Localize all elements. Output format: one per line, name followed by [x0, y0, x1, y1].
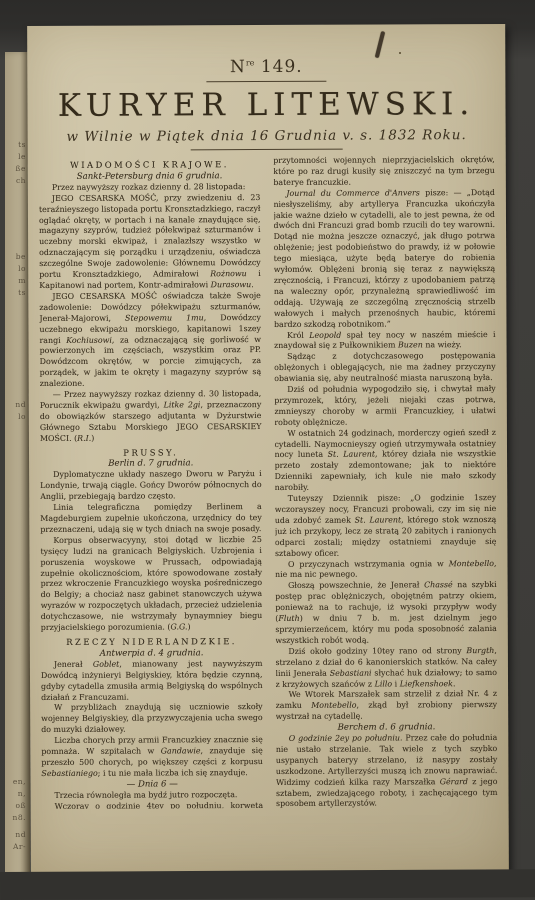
adjacent-page-text-fragment: be: [16, 252, 26, 261]
edition-dateline: w Wilnie w Piątek dnia 16 Grudnia v. s. …: [28, 127, 506, 145]
left-column: WIADOMOŚCI KRAJOWE.Sankt-Petersburg dnia…: [39, 156, 263, 809]
adjacent-page-text-fragment: oß: [15, 801, 26, 810]
paragraph: O godzinie 2ey po południu. Przez całe d…: [276, 733, 498, 808]
newspaper-page: Nre 149. KURYER LITEWSKI. w Wilnie w Pią…: [27, 24, 509, 874]
adjacent-page-text-fragment: m: [18, 276, 26, 285]
adjacent-page-text-fragment: lo: [18, 264, 26, 273]
paragraph: Sądząc z dotychczasowego postępowania ob…: [274, 351, 496, 385]
issue-prefix: N: [230, 57, 246, 77]
paragraph: Jenerał Goblet, mianowany jest naywyższy…: [41, 659, 263, 704]
adjacent-page-text-fragment: n8.: [13, 813, 27, 822]
scanner-shadow: [0, 869, 535, 900]
adjacent-page-text-fragment: le: [18, 152, 26, 161]
paragraph: Liczba chorych przy armii Francuzkiey zn…: [41, 735, 263, 780]
paragraph: przytomności wojennych nieprzyjacielskic…: [273, 155, 495, 189]
paragraph: Journal du Commerce d'Anvers pisze: — „D…: [273, 188, 495, 331]
paragraph: Głoszą powszechnie, że Jenerał Chassé na…: [275, 580, 497, 646]
section-heading: PRUSSY.: [40, 447, 262, 459]
adjacent-page-text-fragment: en,: [13, 777, 26, 786]
right-column: przytomności wojennych nieprzyjacielskic…: [273, 155, 497, 808]
adjacent-page-text-fragment: ße: [16, 164, 26, 173]
issue-number: Nre 149.: [27, 56, 505, 78]
adjacent-page-text-fragment: nd: [15, 830, 26, 839]
adjacent-page-text-fragment: lo: [18, 412, 26, 421]
section-heading: RZECZY NIDERLANDZKIE.: [41, 636, 263, 648]
paragraph: Linia telegraficzna pomiędzy Berlinem a …: [40, 502, 262, 536]
scan-background: tsleßechbelomtsndloen,n,oßn8.ndAr- Nre 1…: [0, 0, 535, 900]
newspaper-title: KURYER LITEWSKI.: [27, 86, 505, 124]
paragraph: Król Leopold spał tey nocy w naszém mieś…: [274, 330, 496, 353]
adjacent-page-text-fragment: ts: [18, 288, 26, 297]
adjacent-page-text-fragment: ch: [16, 176, 26, 185]
masthead-rule-top: [206, 81, 326, 83]
paragraph: O przyczynach wstrzymania ognia w Monteb…: [275, 559, 497, 582]
adjacent-page-text-fragment: n,: [18, 789, 26, 798]
adjacent-page-text-fragment: nd: [15, 400, 26, 409]
masthead-rule-bottom: [191, 149, 343, 151]
paragraph: Korpus obserwacyyny, stoi dotąd w liczbi…: [40, 535, 262, 634]
paragraph: Dziś od południa wypogodziło się, i chwy…: [274, 384, 496, 429]
paragraph: — Przez naywyższy rozkaz dzienny d. 30 l…: [40, 389, 262, 444]
paragraph: Wczoray o godzinie 4tey po południu, kor…: [42, 801, 264, 809]
adjacent-page-edge: tsleßechbelomtsndloen,n,oßn8.ndAr-: [5, 52, 30, 880]
paragraph: Tuteyszy Dziennik pisze: „O godzinie 1sz…: [275, 493, 497, 559]
paragraph: W przybliżach znaydują się uczniowie szk…: [41, 702, 263, 736]
paragraph: JEGO CESARSKA MOŚĆ, przy zwiedzeniu d. 2…: [39, 193, 261, 292]
paragraph: W ostatnich 24 godzinach, morderczy ogie…: [274, 428, 496, 494]
issue-value: 149.: [254, 57, 302, 77]
paragraph: Dziś około godziny 10tey rano od strony …: [275, 646, 497, 691]
adjacent-page-text-fragment: ts: [18, 140, 26, 149]
paragraph: We Wtorek Marszałek sam strzelił z dział…: [276, 689, 498, 723]
masthead: Nre 149. KURYER LITEWSKI. w Wilnie w Pią…: [27, 56, 505, 151]
ink-dot-icon: [399, 52, 401, 54]
paragraph: Dyplomatyczne układy naszego Dworu w Par…: [40, 469, 262, 503]
text-columns: WIADOMOŚCI KRAJOWE.Sankt-Petersburg dnia…: [28, 155, 509, 809]
adjacent-page-text-fragment: Ar-: [13, 842, 26, 851]
issue-superscript: re: [246, 58, 255, 67]
section-heading: WIADOMOŚCI KRAJOWE.: [39, 159, 261, 171]
paragraph: JEGO CESARSKA MOŚĆ oświadcza także Swoje…: [39, 291, 261, 390]
